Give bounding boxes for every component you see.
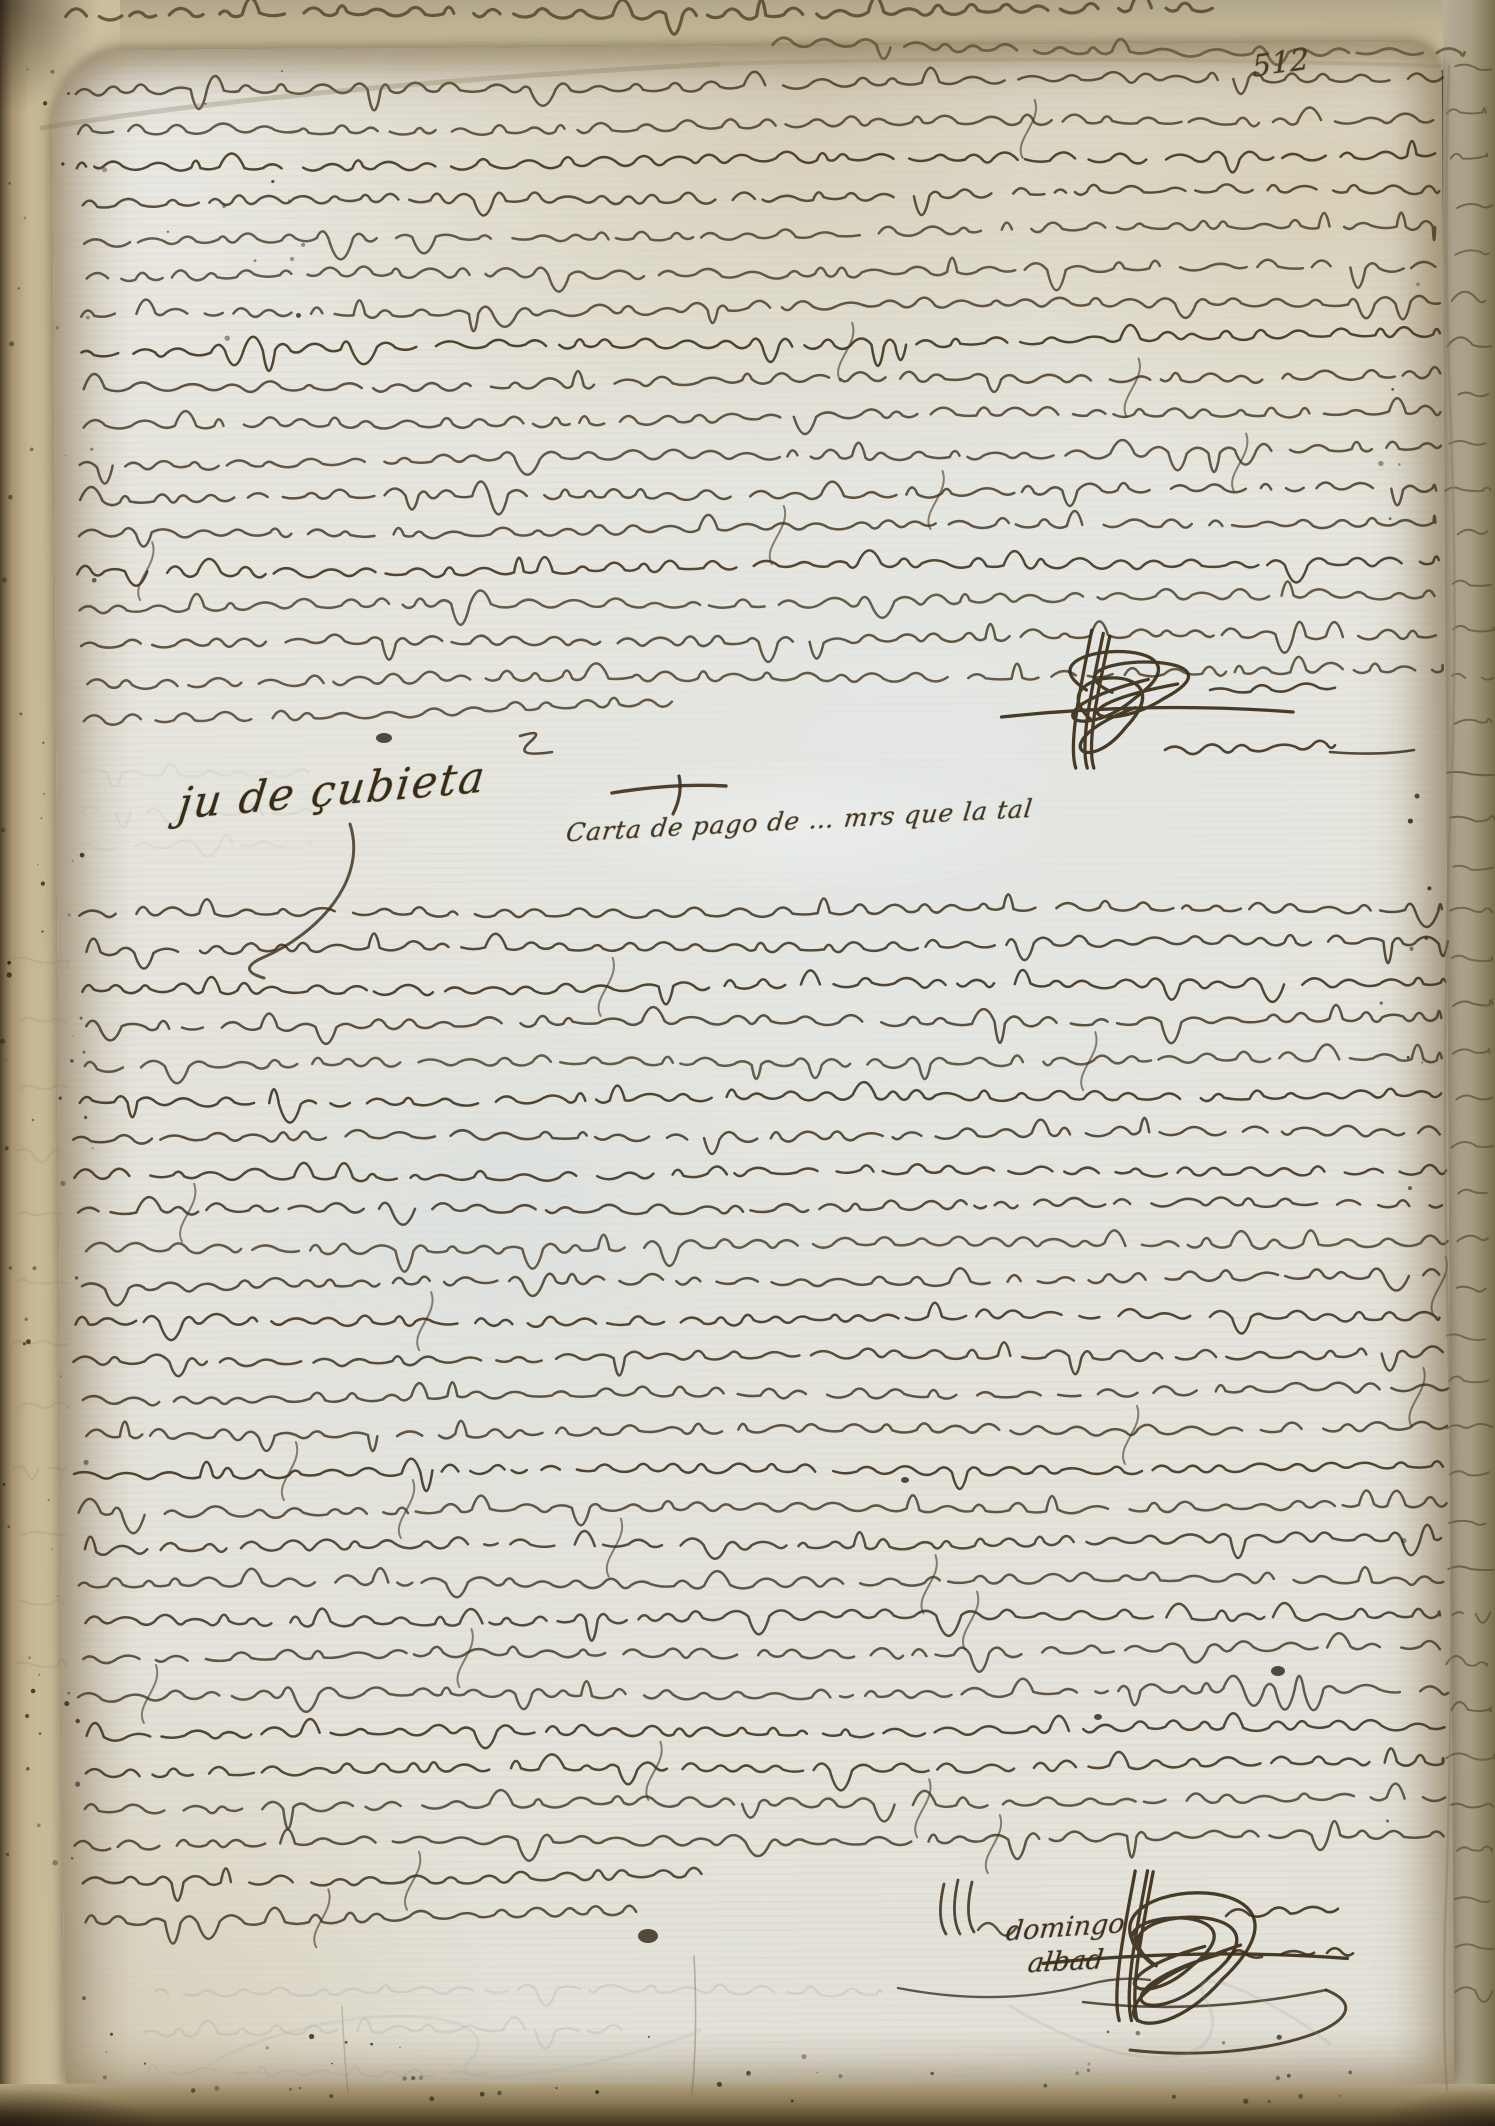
manuscript-scan: 512 ju de çubieta Carta de pago de … mrs… (0, 0, 1495, 2126)
bottom-signature-word-2: albad (1026, 1944, 1105, 1979)
cool-tone-stain (150, 950, 850, 1450)
adjacent-leaf-bottom (0, 2084, 1495, 2126)
